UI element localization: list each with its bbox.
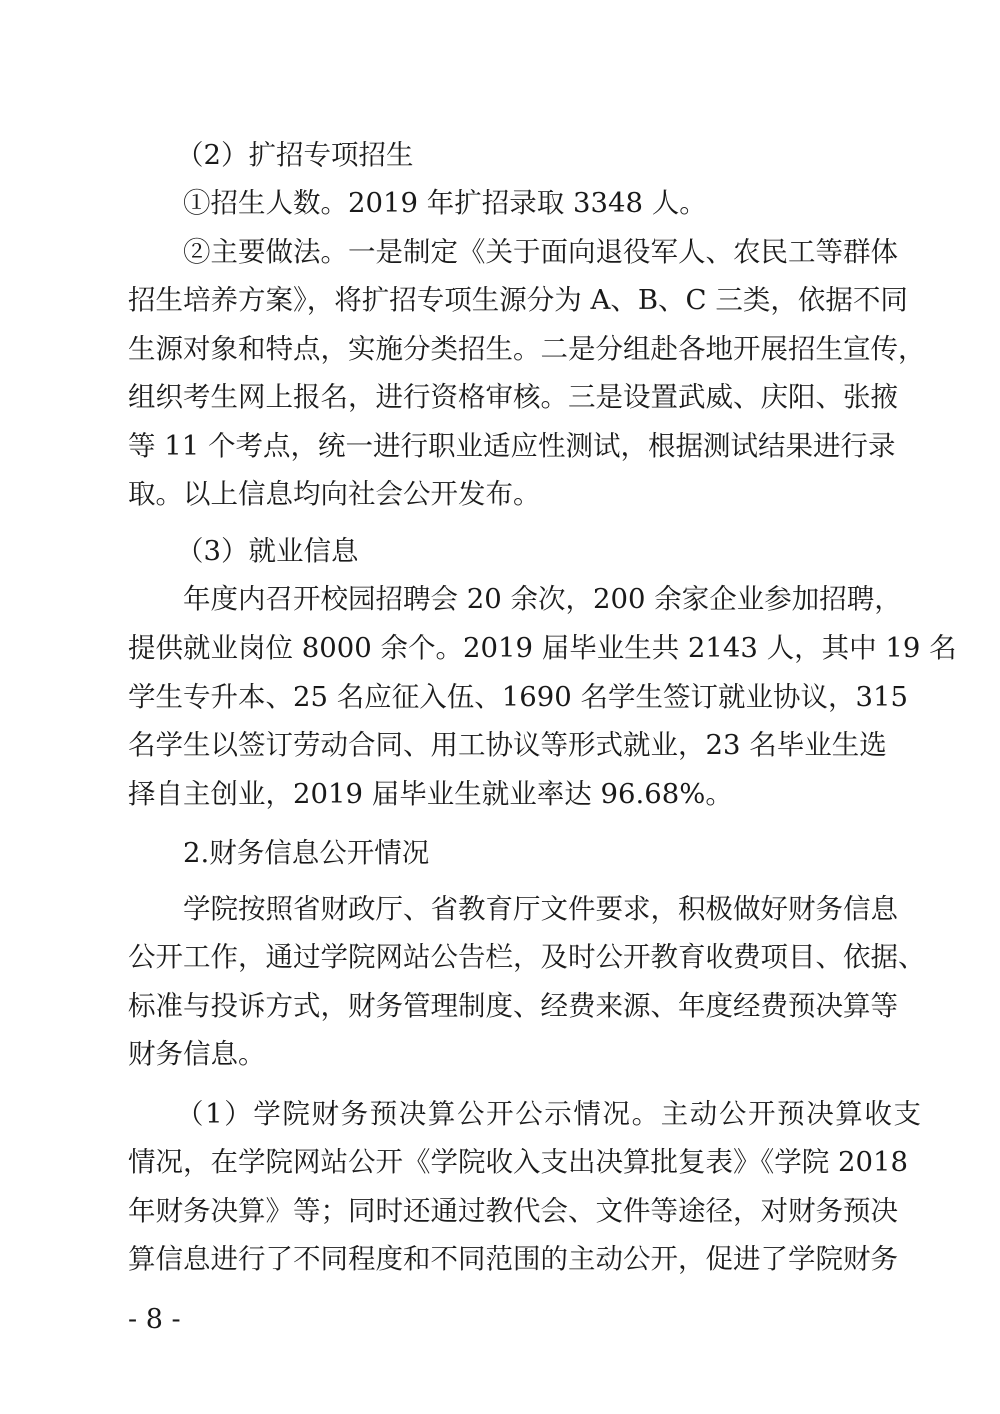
paragraph-line: ②主要做法。一是制定《关于面向退役军人、农民工等群体: [183, 232, 873, 272]
paragraph-line: （1）学院财务预决算公开公示情况。主动公开预决算收支: [176, 1094, 921, 1134]
paragraph-line: 组织考生网上报名，进行资格审核。三是设置武威、庆阳、张掖: [128, 377, 873, 417]
section-heading: 2.财务信息公开情况: [183, 833, 873, 873]
paragraph-line: 招生培养方案》，将扩招专项生源分为 A、B、C 三类，依据不同: [128, 280, 873, 320]
paragraph-line: 择自主创业，2019 届毕业生就业率达 96.68%。: [128, 774, 873, 814]
paragraph-line: 算信息进行了不同程度和不同范围的主动公开，促进了学院财务: [128, 1239, 873, 1279]
paragraph-line: ①招生人数。2019 年扩招录取 3348 人。: [183, 183, 873, 223]
paragraph-line: 提供就业岗位 8000 余个。2019 届毕业生共 2143 人，其中 19 名: [128, 628, 873, 668]
paragraph-line: 情况，在学院网站公开《学院收入支出决算批复表》《学院 2018: [128, 1142, 873, 1182]
paragraph-line: 取。以上信息均向社会公开发布。: [128, 474, 873, 514]
document-page: （2）扩招专项招生①招生人数。2019 年扩招录取 3348 人。②主要做法。一…: [0, 0, 1000, 1414]
paragraph-line: 年财务决算》等；同时还通过教代会、文件等途径，对财务预决: [128, 1191, 873, 1231]
paragraph-line: 年度内召开校园招聘会 20 余次，200 余家企业参加招聘，: [183, 579, 873, 619]
paragraph-line: 生源对象和特点，实施分类招生。二是分组赴各地开展招生宣传，: [128, 329, 873, 369]
paragraph-line: 财务信息。: [128, 1034, 873, 1074]
section-heading: （3）就业信息: [176, 531, 921, 571]
paragraph-line: 学院按照省财政厅、省教育厅文件要求，积极做好财务信息: [183, 889, 873, 929]
paragraph-line: 公开工作，通过学院网站公告栏，及时公开教育收费项目、依据、: [128, 937, 873, 977]
page-number: - 8 -: [128, 1300, 181, 1340]
paragraph-line: 等 11 个考点，统一进行职业适应性测试，根据测试结果进行录: [128, 426, 873, 466]
paragraph-line: 名学生以签订劳动合同、用工协议等形式就业，23 名毕业生选: [128, 725, 873, 765]
paragraph-line: 标准与投诉方式，财务管理制度、经费来源、年度经费预决算等: [128, 986, 873, 1026]
section-heading: （2）扩招专项招生: [176, 135, 921, 175]
paragraph-line: 学生专升本、25 名应征入伍、1690 名学生签订就业协议，315: [128, 677, 873, 717]
